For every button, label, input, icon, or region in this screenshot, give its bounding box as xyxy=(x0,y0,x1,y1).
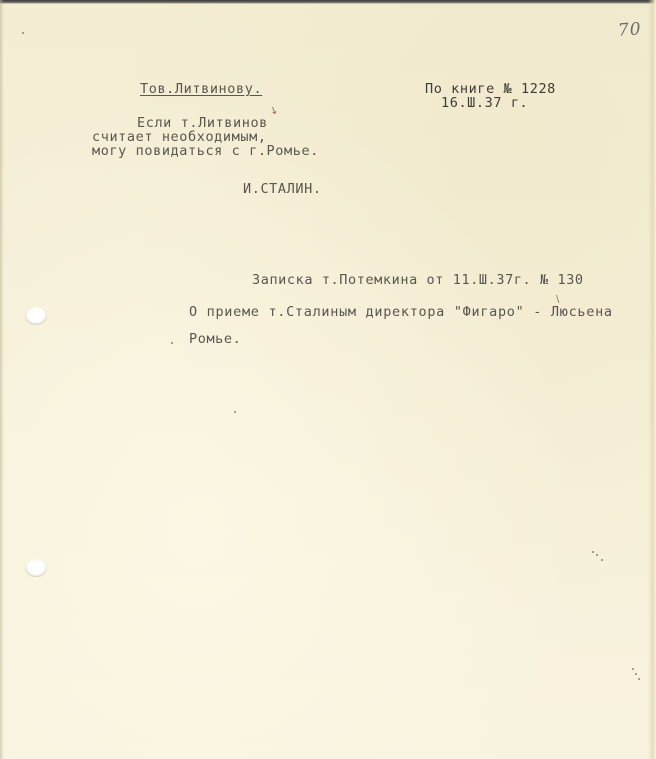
ink-speck xyxy=(638,678,640,680)
ink-speck xyxy=(171,342,173,344)
ink-speck xyxy=(592,551,594,553)
signature: И.СТАЛИН. xyxy=(243,182,322,196)
addressee-line: Тов.Литвинову. xyxy=(140,82,262,96)
folio-number: 70 xyxy=(617,19,642,41)
caret-mark-icon: ↓ xyxy=(268,105,280,118)
scan-right-edge xyxy=(648,0,656,759)
ink-speck xyxy=(601,559,603,561)
ink-speck xyxy=(635,673,637,675)
ink-speck xyxy=(632,668,634,670)
resolution-line-2: считает необходимым, xyxy=(92,130,267,144)
reference-note-line: Записка т.Потемкина от 11.Ш.37г. № 130 xyxy=(252,273,584,287)
scan-left-edge xyxy=(0,0,4,759)
resolution-line-1: Если т.Литвинов xyxy=(137,116,268,130)
registry-book-number: По книге № 1228 xyxy=(425,82,556,96)
ink-speck xyxy=(596,554,598,556)
ink-speck xyxy=(234,411,236,413)
punch-hole-lower xyxy=(25,559,47,577)
archival-document-page: 70 Тов.Литвинову. По книге № 1228 16.Ш.3… xyxy=(0,0,656,759)
ink-speck xyxy=(22,32,24,34)
registry-date: 16.Ш.37 г. xyxy=(441,96,528,110)
scan-top-edge xyxy=(0,0,656,4)
reference-subject-continuation: Ромье. xyxy=(189,332,241,346)
punch-hole-upper xyxy=(25,307,47,325)
reference-subject-line: О приеме т.Сталиным директора "Фигаро" -… xyxy=(189,305,613,319)
resolution-line-3: могу повидаться с г.Ромье. xyxy=(92,144,319,158)
